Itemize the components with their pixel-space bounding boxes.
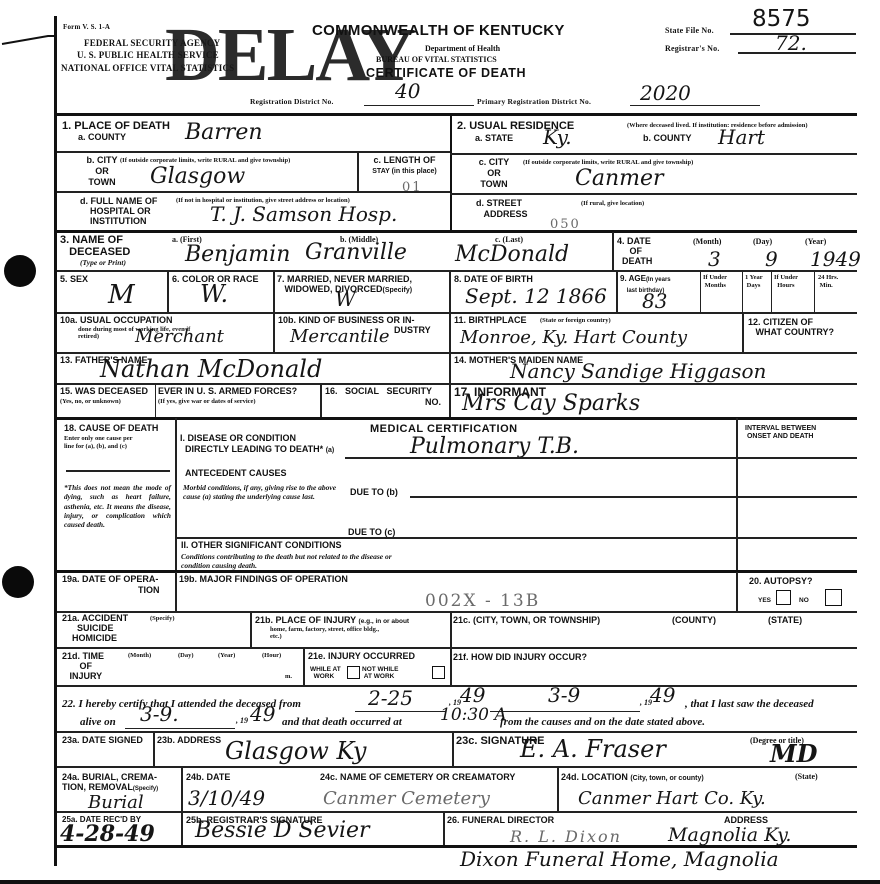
op-findings-label: 19b. MAJOR FINDINGS OF OPERATION [179, 574, 348, 584]
armed-label-2: EVER IN U. S. ARMED FORCES? [158, 386, 297, 396]
cert-from-year: 49 [460, 684, 485, 706]
business-value: Mercantile [290, 326, 390, 348]
cert-alive-year: 49 [250, 703, 275, 725]
birthplace-note: (State or foreign country) [540, 317, 611, 324]
days-label: 1 Year Days [745, 274, 763, 290]
cemetery-label: 24c. NAME OF CEMETERY OR CREAMATORY [320, 772, 515, 782]
while-work-checkbox[interactable] [347, 666, 360, 679]
disease-value: Pulmonary T.B. [410, 436, 579, 458]
cert-line1-post: , that I last saw the deceased [685, 698, 814, 710]
injury-city-label: 21c. (CITY, TOWN, OR TOWNSHIP) [453, 615, 600, 625]
not-while-work-label: NOT WHILE AT WORK [362, 666, 398, 680]
father-value: Nathan McDonald [100, 358, 322, 380]
cert-alive-value: 3-9. [140, 703, 179, 725]
middle-value: Granville [305, 242, 407, 264]
cert-century-3: , 19 [236, 716, 248, 725]
res-city-note: (If outside corporate limits, write RURA… [523, 159, 693, 166]
ssn-label: 16. SOCIAL SECURITYNO. [325, 386, 441, 408]
burial-location-value: Canmer Hart Co. Ky. [578, 788, 766, 810]
cert-from-value: 2-25 [368, 687, 413, 709]
margin-mark [0, 26, 60, 56]
res-county-label: b. COUNTY [643, 133, 692, 143]
res-county-value: Hart [718, 126, 765, 148]
punch-hole [4, 255, 36, 287]
birthplace-value: Monroe, Ky. Hart County [460, 327, 687, 349]
date-recd-value: 4-28-49 [60, 823, 155, 845]
other-note: Conditions contributing to the death but… [181, 552, 411, 570]
burial-method-label: 24a. BURIAL, CREMA-TION, REMOVAL(Specify… [62, 772, 158, 794]
res-street-label: d. STREET ADDRESS [476, 198, 528, 220]
autopsy-label: 20. AUTOPSY? [749, 576, 813, 586]
place-of-death-label: 1. PLACE OF DEATH [62, 120, 170, 132]
sex-value: M [108, 281, 135, 309]
pod-county-label: a. COUNTY [78, 132, 126, 142]
autopsy-yes-label: YES [758, 597, 771, 604]
time-col-month: (Month) [128, 652, 151, 659]
funeral-address-value: Magnolia Ky. [668, 824, 791, 846]
primary-district-value: 2020 [640, 82, 691, 104]
dod-day-label: (Day) [753, 238, 772, 245]
state-title: COMMONWEALTH OF KENTUCKY [312, 22, 565, 39]
disease-label: I. DISEASE OR CONDITION DIRECTLY LEADING… [180, 433, 334, 456]
burial-date-label: 24b. DATE [186, 772, 230, 782]
date-signed-label: 23a. DATE SIGNED [62, 735, 143, 745]
certificate-title: CERTIFICATE OF DEATH [366, 66, 526, 80]
cert-line2-post: from the causes and on the date stated a… [500, 716, 705, 728]
dod-year-label: (Year) [805, 238, 826, 245]
injury-time-label: 21d. TIME OF INJURY [62, 651, 104, 681]
res-city-label: c. CITYORTOWN [474, 157, 514, 190]
state-file-value: 8575 [752, 8, 811, 30]
registrar-value: 72. [775, 32, 807, 54]
informant-value: Mrs Cay Sparks [462, 393, 640, 415]
cert-line2-mid: and that death occurred at [282, 716, 402, 728]
pod-stay-label: c. LENGTH OFSTAY (in this place) [362, 155, 447, 177]
injury-occurred-label: 21e. INJURY OCCURRED [308, 651, 415, 661]
marital-value: W [335, 288, 356, 310]
accident-specify: (Specify) [150, 615, 175, 622]
registrar-sig-value: Bessie D Sevier [195, 820, 370, 842]
occupation-value: Merchant [135, 326, 224, 348]
address-label: 23b. ADDRESS [157, 735, 221, 745]
registrar-label: Registrar's No. [665, 44, 720, 53]
antecedent-note: Morbid conditions, if any, giving rise t… [183, 483, 338, 501]
not-while-work-checkbox[interactable] [432, 666, 445, 679]
funeral-director-label: 26. FUNERAL DIRECTOR [447, 815, 554, 825]
under-month-label: If Under Months [703, 274, 727, 290]
dod-month-label: (Month) [693, 238, 721, 245]
death-month: 3 [708, 248, 721, 270]
race-value: W. [200, 283, 228, 305]
form-left-border [54, 16, 57, 866]
mother-value: Nancy Sandige Higgason [510, 360, 766, 382]
date-of-death-label: 4. DATE OF DEATH [617, 236, 652, 266]
autopsy-yes-checkbox[interactable] [776, 590, 791, 605]
cert-to-year: 49 [650, 684, 675, 706]
bureau: BUREAU OF VITAL STATISTICS [376, 55, 497, 64]
pod-hospital-label: d. FULL NAME OF HOSPITAL OR INSTITUTION [80, 196, 157, 226]
how-injury-label: 21f. HOW DID INJURY OCCUR? [453, 652, 587, 662]
birthplace-label: 11. BIRTHPLACE [454, 315, 527, 325]
age-value: 83 [642, 290, 667, 312]
res-state-label: a. STATE [475, 133, 513, 143]
min-label: 24 Hrs. Min. [818, 274, 838, 290]
cemetery-value: Canmer Cemetery [323, 788, 490, 810]
time-col-day: (Day) [178, 652, 194, 659]
state-file-label: State File No. [665, 26, 714, 35]
cause-note: Enter only one cause perline for (a), (b… [64, 435, 133, 451]
injury-state-label: (STATE) [768, 615, 802, 625]
place-injury-note: home, farm, factory, street, office bldg… [270, 626, 379, 640]
cause-label: 18. CAUSE OF DEATH [64, 423, 158, 433]
accident-label: 21a. ACCIDENT SUICIDE HOMICIDE [62, 613, 128, 643]
cert-line2-pre: alive on [80, 716, 116, 728]
pod-city-note: (If outside corporate limits, write RURA… [120, 157, 290, 164]
department: Department of Health [425, 44, 500, 53]
armed-note-1: (Yes, no, or unknown) [60, 398, 121, 405]
op-date-label: 19a. DATE OF OPERA-TION [62, 574, 160, 596]
other-label: II. OTHER SIGNIFICANT CONDITIONS [181, 540, 342, 550]
burial-date-value: 3/10/49 [188, 787, 265, 809]
degree-value: MD [770, 743, 817, 765]
cause-footnote: *This does not mean the mode of dying, s… [64, 483, 171, 529]
cert-time-value: 10:30 A [440, 704, 507, 726]
injury-county-label: (COUNTY) [672, 615, 716, 625]
last-value: McDonald [455, 244, 569, 266]
address-value: Glasgow Ky [225, 740, 366, 762]
sex-label: 5. SEX [60, 274, 88, 284]
pod-county-value: Barren [185, 122, 263, 144]
time-col-year: (Year) [218, 652, 235, 659]
first-value: Benjamin [185, 244, 290, 266]
citizen-label: 12. CITIZEN OF WHAT COUNTRY? [748, 317, 834, 337]
death-day: 9 [765, 248, 778, 270]
primary-district-label: Primary Registration District No. [477, 97, 591, 106]
burial-location-label: 24d. LOCATION (City, town, or county) [561, 772, 704, 784]
due-c-label: DUE TO (c) [348, 527, 395, 537]
time-col-hour: (Hour) [262, 652, 281, 659]
signature-value: E. A. Fraser [520, 738, 666, 760]
pod-city-value: Glasgow [150, 166, 245, 188]
time-m-label: m. [285, 673, 292, 680]
occupation-label: 10a. USUAL OCCUPATION [60, 315, 173, 325]
under-day-label: If Under Hours [774, 274, 798, 290]
deceased-name-note: (Type or Print) [80, 259, 126, 266]
burial-state-label: (State) [795, 773, 818, 780]
armed-note-2: (If yes, give war or dates of service) [158, 398, 256, 405]
pod-hospital-value: T. J. Samson Hosp. [210, 203, 397, 225]
res-city-value: Canmer [575, 168, 664, 190]
autopsy-no-checkbox[interactable] [825, 589, 842, 606]
reg-district-value: 40 [395, 80, 420, 102]
armed-label-1: 15. WAS DECEASED [60, 386, 148, 396]
autopsy-no-label: NO [799, 597, 809, 604]
res-street-note: (If rural, give location) [581, 200, 644, 207]
death-year: 1949 [810, 248, 861, 270]
dob-label: 8. DATE OF BIRTH [454, 274, 533, 284]
pod-city-label: b. CITYORTOWN [82, 155, 122, 188]
res-state-value: Ky. [543, 126, 572, 148]
bottom-handwritten-note: Dixon Funeral Home, Magnolia [460, 848, 779, 870]
reg-district-label: Registration District No. [250, 97, 334, 106]
interval-label: INTERVAL BETWEEN ONSET AND DEATH [745, 425, 816, 441]
dob-value: Sept. 12 1866 [465, 285, 607, 307]
while-work-label: WHILE AT WORK [310, 666, 341, 680]
pod-stay-value: 01 [402, 177, 423, 199]
antecedent-label: ANTECEDENT CAUSES [185, 468, 287, 478]
due-b-label: DUE TO (b) [350, 487, 398, 497]
op-findings-value: 002X - 13B [425, 590, 540, 612]
cert-to-value: 3-9 [548, 684, 580, 706]
form-number: Form V. S. 1-A [63, 23, 110, 31]
punch-hole [2, 566, 34, 598]
deceased-name-label: 3. NAME OF DECEASED [60, 234, 130, 258]
